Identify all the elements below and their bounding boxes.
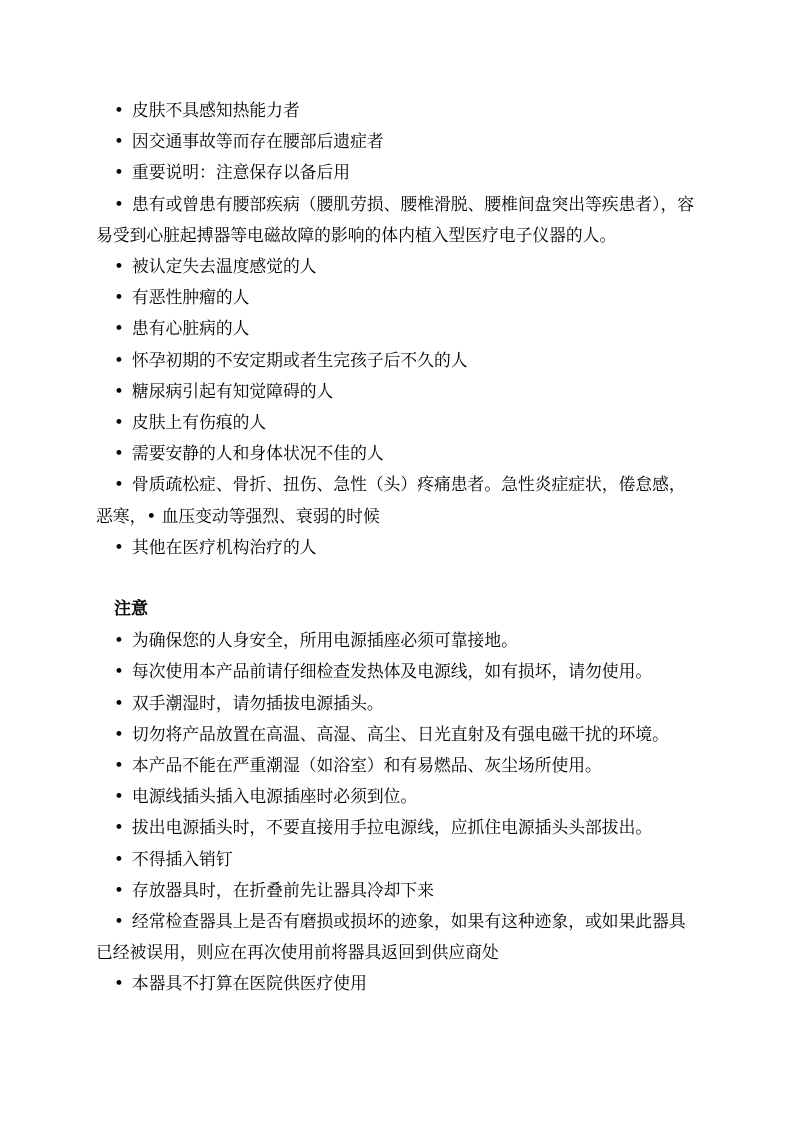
- bullet-icon: •: [114, 287, 132, 307]
- list-item: •皮肤不具感知热能力者: [96, 95, 702, 126]
- bullet-icon: •: [114, 630, 132, 650]
- list-item-text: 本产品不能在严重潮湿（如浴室）和有易燃品、灰尘场所使用。: [132, 755, 602, 775]
- list-item-text: 本器具不打算在医院供医疗使用: [132, 973, 367, 993]
- bullet-icon: •: [114, 661, 132, 681]
- list-item: •经常检查器具上是否有磨损或损坏的迹象，如果有这种迹象，或如果此器具已经被误用，…: [96, 906, 702, 968]
- list-item-text: 每次使用本产品前请仔细检查发热体及电源线，如有损坏，请勿使用。: [132, 661, 652, 681]
- list-item: •切勿将产品放置在高温、高湿、高尘、日光直射及有强电磁干扰的环境。: [96, 719, 702, 750]
- list-item-text: 双手潮湿时，请勿插拔电源插头。: [132, 693, 384, 713]
- caution-list: •为确保您的人身安全，所用电源插座必须可靠接地。 •每次使用本产品前请仔细检查发…: [96, 625, 702, 999]
- list-item-text: 为确保您的人身安全，所用电源插座必须可靠接地。: [132, 630, 518, 650]
- bullet-icon: •: [114, 911, 132, 931]
- bullet-icon: •: [114, 973, 132, 993]
- bullet-icon: •: [114, 194, 132, 214]
- list-item: •重要说明：注意保存以备后用: [96, 157, 702, 188]
- list-item: •存放器具时，在折叠前先让器具冷却下来: [96, 875, 702, 906]
- list-item-text: 需要安静的人和身体状况不佳的人: [132, 443, 384, 463]
- list-item: •本器具不打算在医院供医疗使用: [96, 968, 702, 999]
- bullet-icon: •: [114, 724, 132, 744]
- list-item-text: 患有心脏病的人: [132, 318, 249, 338]
- list-item-text: 怀孕初期的不安定期或者生完孩子后不久的人: [132, 350, 468, 370]
- list-item: •被认定失去温度感觉的人: [96, 251, 702, 282]
- list-item-text: 被认定失去温度感觉的人: [132, 256, 317, 276]
- list-item-text: 糖尿病引起有知觉障碍的人: [132, 381, 333, 401]
- list-item-text: 拔出电源插头时，不要直接用手拉电源线，应抓住电源插头头部拔出。: [132, 817, 652, 837]
- list-item-text: 因交通事故等而存在腰部后遗症者: [132, 131, 384, 151]
- list-item: •患有心脏病的人: [96, 313, 702, 344]
- list-item-text: 重要说明：注意保存以备后用: [132, 162, 350, 182]
- list-item: •电源线插头插入电源插座时必须到位。: [96, 781, 702, 812]
- bullet-icon: •: [114, 849, 132, 869]
- list-item: •拔出电源插头时，不要直接用手拉电源线，应抓住电源插头头部拔出。: [96, 812, 702, 843]
- bullet-icon: •: [114, 381, 132, 401]
- list-item: •双手潮湿时，请勿插拔电源插头。: [96, 688, 702, 719]
- bullet-icon: •: [114, 318, 132, 338]
- list-item-text: 骨质疏松症、骨折、扭伤、急性（头）疼痛患者。急性炎症症状，倦怠感，恶寒，• 血压…: [96, 474, 686, 525]
- list-item: •需要安静的人和身体状况不佳的人: [96, 438, 702, 469]
- document-page: •皮肤不具感知热能力者 •因交通事故等而存在腰部后遗症者 •重要说明：注意保存以…: [0, 0, 794, 1123]
- list-item: •皮肤上有伤痕的人: [96, 407, 702, 438]
- caution-heading: 注意: [96, 594, 702, 625]
- list-item: •患有或曾患有腰部疾病（腰肌劳损、腰椎滑脱、腰椎间盘突出等疾患者），容易受到心脏…: [96, 189, 702, 251]
- bullet-icon: •: [114, 537, 132, 557]
- bullet-icon: •: [114, 131, 132, 151]
- list-item-text: 存放器具时，在折叠前先让器具冷却下来: [132, 880, 434, 900]
- list-item-text: 电源线插头插入电源插座时必须到位。: [132, 786, 417, 806]
- list-item-text: 其他在医疗机构治疗的人: [132, 537, 317, 557]
- list-item: •糖尿病引起有知觉障碍的人: [96, 376, 702, 407]
- bullet-icon: •: [114, 786, 132, 806]
- list-item: •每次使用本产品前请仔细检查发热体及电源线，如有损坏，请勿使用。: [96, 656, 702, 687]
- list-item-text: 经常检查器具上是否有磨损或损坏的迹象，如果有这种迹象，或如果此器具已经被误用，则…: [96, 911, 686, 962]
- bullet-icon: •: [114, 350, 132, 370]
- page-content: •皮肤不具感知热能力者 •因交通事故等而存在腰部后遗症者 •重要说明：注意保存以…: [96, 95, 702, 1000]
- list-item: •有恶性肿瘤的人: [96, 282, 702, 313]
- bullet-icon: •: [114, 256, 132, 276]
- list-item-text: 不得插入销钉: [132, 849, 233, 869]
- list-item: •骨质疏松症、骨折、扭伤、急性（头）疼痛患者。急性炎症症状，倦怠感，恶寒，• 血…: [96, 469, 702, 531]
- list-item: •怀孕初期的不安定期或者生完孩子后不久的人: [96, 345, 702, 376]
- bullet-icon: •: [114, 100, 132, 120]
- list-item-text: 患有或曾患有腰部疾病（腰肌劳损、腰椎滑脱、腰椎间盘突出等疾患者），容易受到心脏起…: [96, 194, 694, 245]
- list-item: •不得插入销钉: [96, 844, 702, 875]
- list-item: •为确保您的人身安全，所用电源插座必须可靠接地。: [96, 625, 702, 656]
- bullet-icon: •: [114, 474, 132, 494]
- list-item: •本产品不能在严重潮湿（如浴室）和有易燃品、灰尘场所使用。: [96, 750, 702, 781]
- list-item: •因交通事故等而存在腰部后遗症者: [96, 126, 702, 157]
- bullet-icon: •: [114, 412, 132, 432]
- list-item: •其他在医疗机构治疗的人: [96, 532, 702, 563]
- list-item-text: 有恶性肿瘤的人: [132, 287, 249, 307]
- list-item-text: 皮肤上有伤痕的人: [132, 412, 266, 432]
- bullet-icon: •: [114, 443, 132, 463]
- bullet-icon: •: [114, 693, 132, 713]
- list-item-text: 皮肤不具感知热能力者: [132, 100, 300, 120]
- precautions-list: •皮肤不具感知热能力者 •因交通事故等而存在腰部后遗症者 •重要说明：注意保存以…: [96, 95, 702, 563]
- list-item-text: 切勿将产品放置在高温、高湿、高尘、日光直射及有强电磁干扰的环境。: [132, 724, 669, 744]
- bullet-icon: •: [114, 817, 132, 837]
- bullet-icon: •: [114, 880, 132, 900]
- bullet-icon: •: [114, 162, 132, 182]
- bullet-icon: •: [114, 755, 132, 775]
